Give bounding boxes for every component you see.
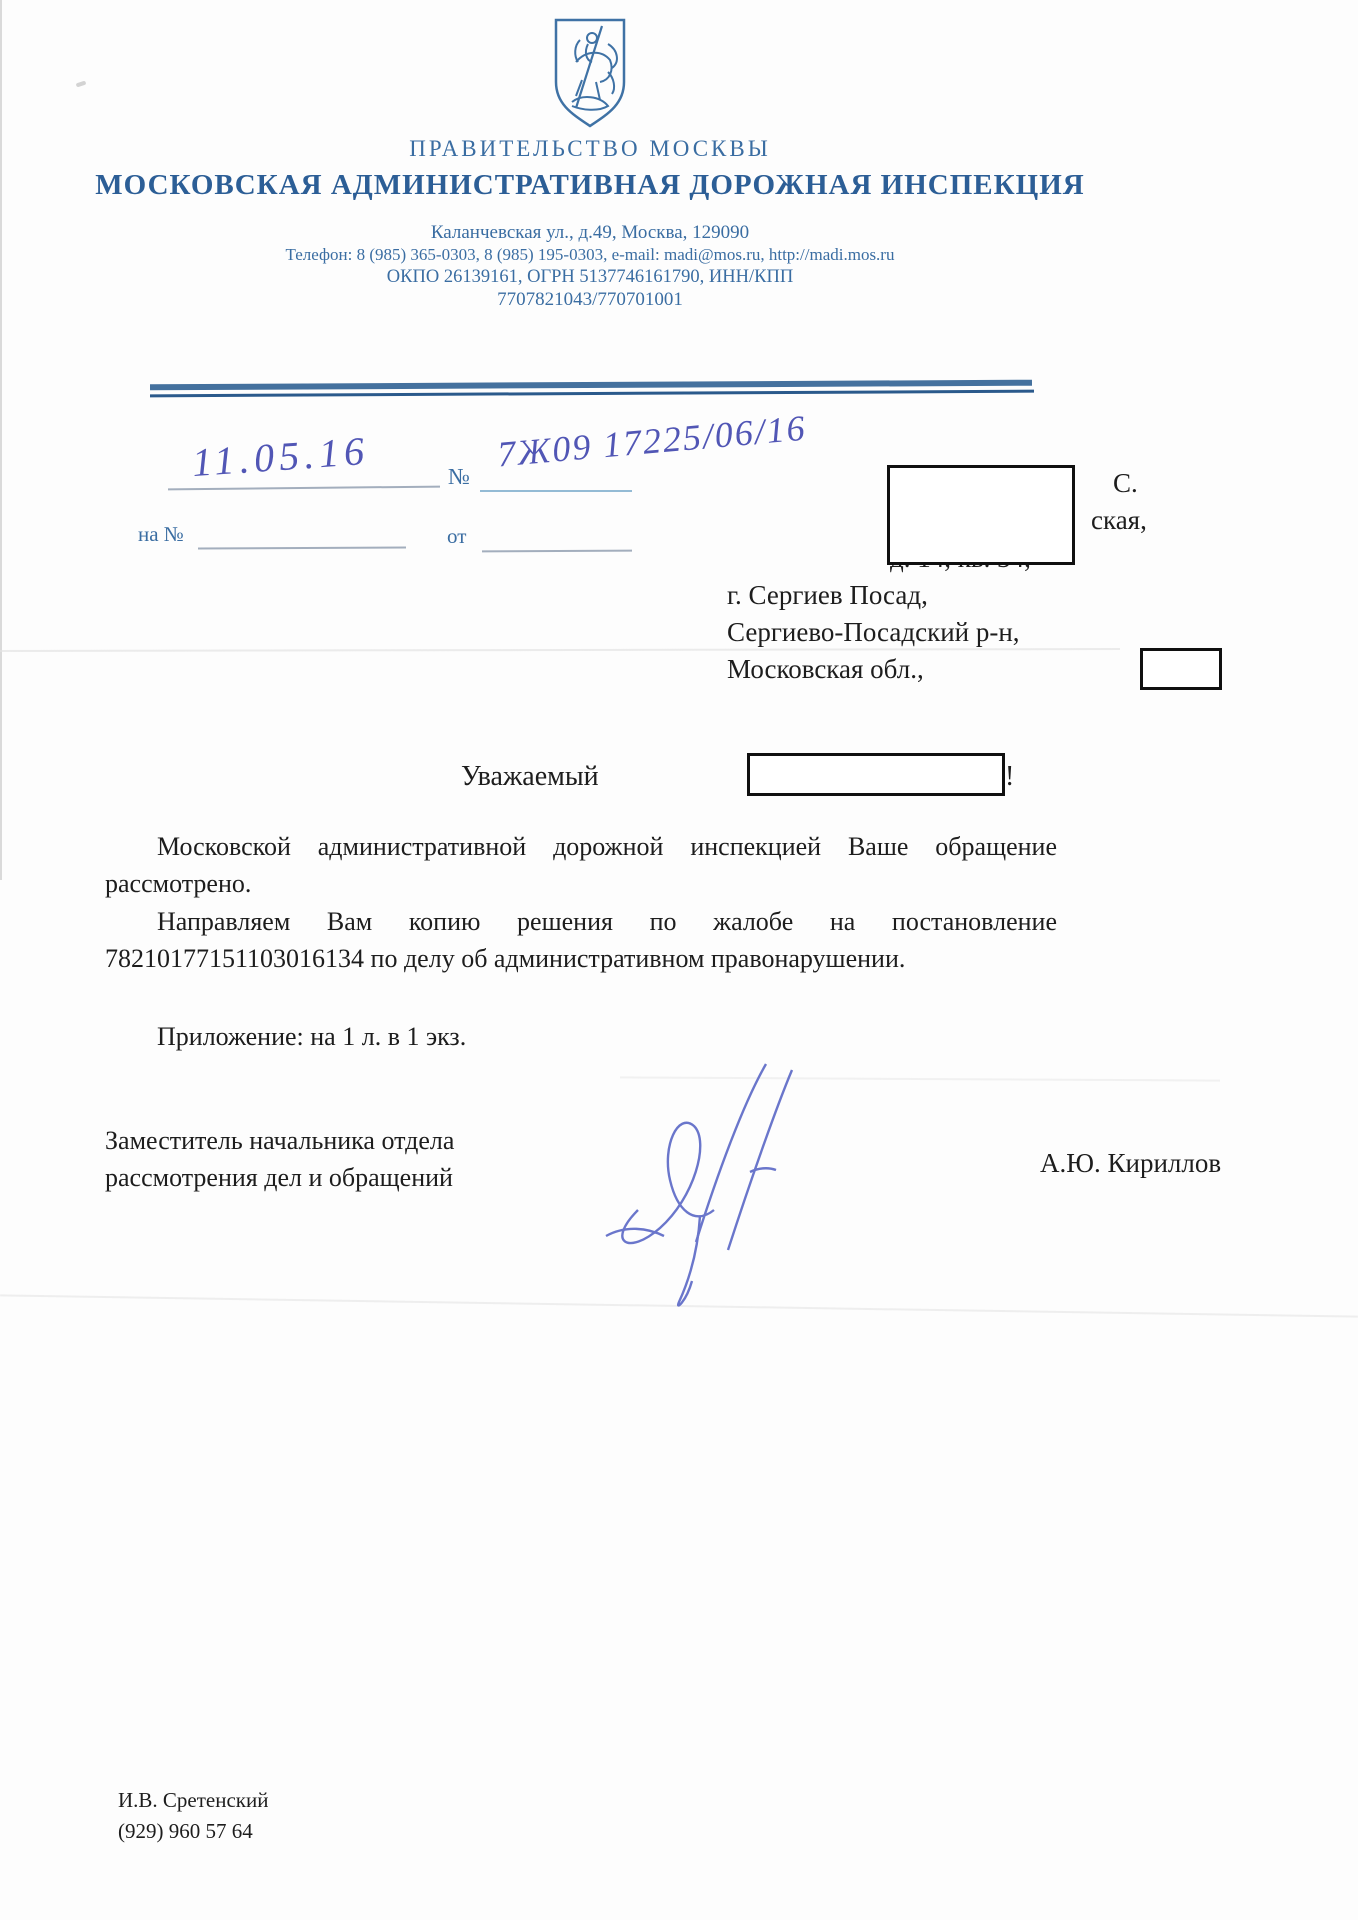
letterhead-contacts: Телефон: 8 (985) 365-0303, 8 (985) 195-0… — [0, 245, 1180, 265]
salutation-prefix: Уважаемый — [461, 761, 599, 793]
letterhead-divider-thick — [150, 380, 1032, 391]
recipient-fragment-line2: ская, — [1091, 505, 1147, 536]
handwritten-date: 11.05.16 — [191, 427, 371, 486]
date-underline — [168, 486, 440, 491]
number-underline — [480, 490, 632, 492]
attachment-note: Приложение: на 1 л. в 1 экз. — [157, 1022, 466, 1052]
salutation-suffix: ! — [1005, 761, 1014, 793]
document-page: ПРАВИТЕЛЬСТВО МОСКВЫ МОСКОВСКАЯ АДМИНИСТ… — [0, 0, 1358, 1920]
handwritten-number: 7Ж09 17225/06/16 — [496, 407, 808, 476]
scan-speck — [76, 81, 87, 88]
signer-name: А.Ю. Кириллов — [1040, 1148, 1221, 1179]
redaction-box-salutation — [747, 753, 1005, 796]
from-label: от — [447, 524, 466, 549]
executor-name: И.В. Сретенский — [118, 1788, 269, 1813]
letterhead-registration-continued: 7707821043/770701001 — [0, 289, 1180, 311]
recipient-city: г. Сергиев Посад, — [727, 580, 928, 611]
letterhead-address: Каланчевская ул., д.49, Москва, 129090 — [0, 222, 1180, 244]
letterhead-registration: ОКПО 26139161, ОГРН 5137746161790, ИНН/К… — [0, 267, 1180, 288]
letterhead-organization: МОСКОВСКАЯ АДМИНИСТРАТИВНАЯ ДОРОЖНАЯ ИНС… — [0, 169, 1180, 202]
signer-title-line1: Заместитель начальника отдела — [105, 1126, 454, 1156]
body-paragraph-1: Московской административной дорожной инс… — [105, 828, 1057, 902]
executor-phone: (929) 960 57 64 — [118, 1819, 253, 1844]
handwritten-signature-icon — [578, 1050, 828, 1320]
redaction-box-postal — [1140, 648, 1222, 690]
number-label: № — [448, 464, 470, 490]
recipient-fragment-line1: С. — [1113, 468, 1138, 499]
moscow-coat-of-arms-icon — [552, 16, 628, 130]
body-paragraph-2: Направляем Вам копию решения по жалобе н… — [105, 903, 1057, 977]
letterhead-government: ПРАВИТЕЛЬСТВО МОСКВЫ — [0, 136, 1180, 162]
in-reply-to-underline — [198, 546, 406, 549]
recipient-district: Сергиево-Посадский р-н, — [727, 617, 1020, 648]
signer-title-line2: рассмотрения дел и обращений — [105, 1163, 453, 1193]
recipient-region: Московская обл., — [727, 654, 924, 685]
in-reply-to-label: на № — [138, 522, 184, 547]
from-underline — [482, 550, 632, 553]
letterhead-divider-thin — [150, 390, 1034, 397]
redaction-box-name — [887, 465, 1075, 565]
scan-edge-artifact — [0, 0, 2, 880]
scan-artifact-line-1 — [0, 648, 1120, 652]
